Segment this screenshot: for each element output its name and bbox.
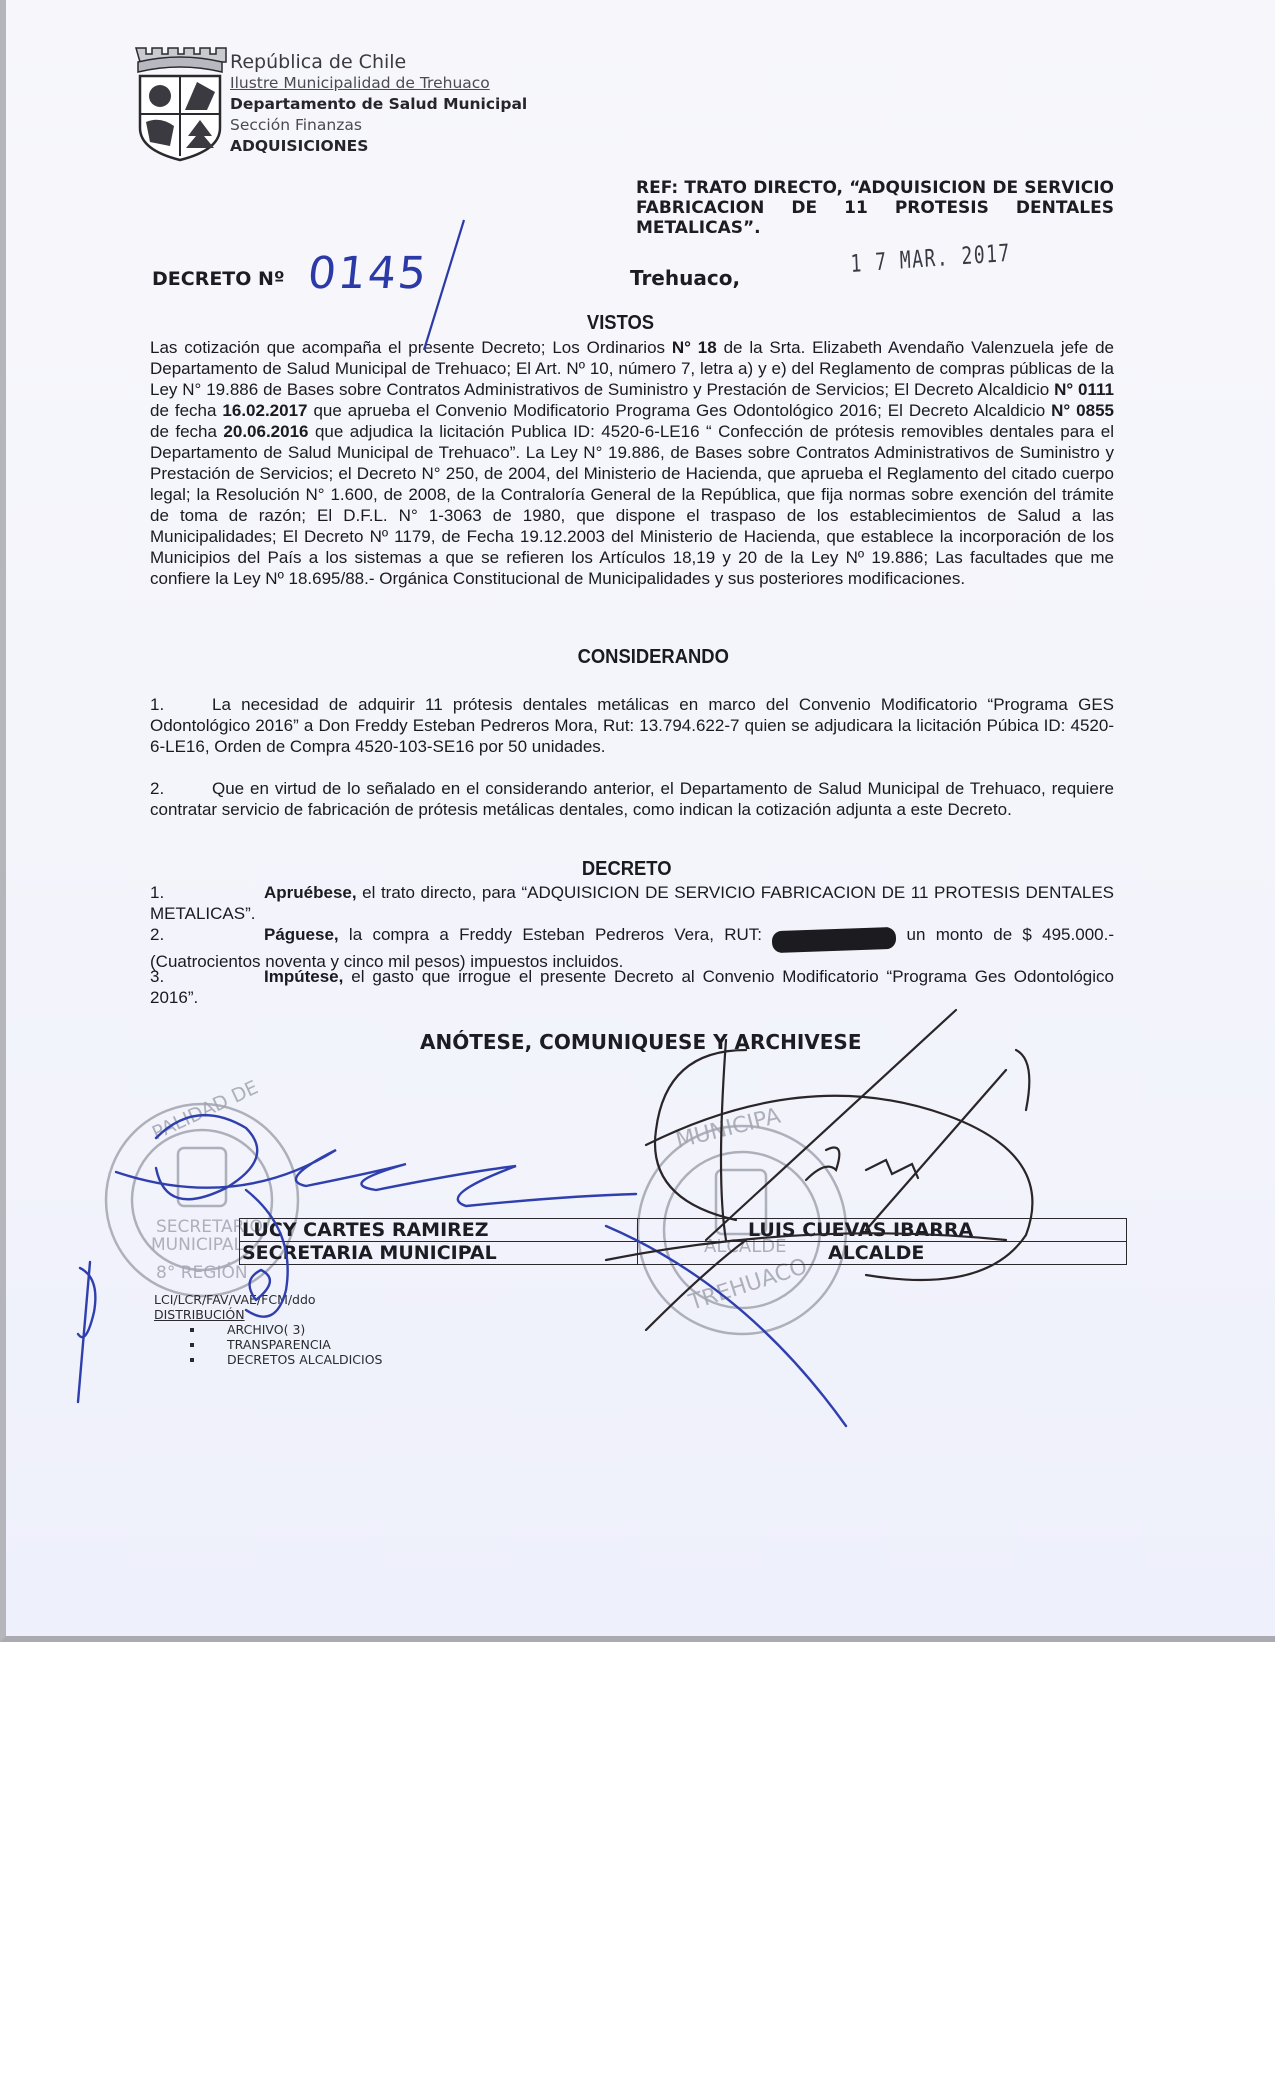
considerando-heading: CONSIDERANDO: [578, 646, 729, 669]
vistos-bold: 20.06.2016: [223, 422, 308, 441]
item-number: 1.: [150, 694, 212, 715]
secretary-title: SECRETARIA MUNICIPAL: [240, 1242, 638, 1265]
secretary-signature-icon: [78, 1115, 846, 1426]
municipal-crest-icon: [130, 38, 230, 162]
letterhead-section: Sección Finanzas: [230, 115, 527, 136]
secretary-name: LUCY CARTES RAMIREZ: [240, 1219, 638, 1242]
item-number: 2.: [150, 924, 264, 945]
closing-formula: ANÓTESE, COMUNIQUESE Y ARCHIVESE: [420, 1030, 861, 1054]
signature-table: LUCY CARTES RAMIREZ LUIS CUEVAS IBARRA S…: [239, 1218, 1127, 1265]
vistos-bold: N° 18: [672, 338, 717, 357]
decreto-item-1: 1.Apruébese, el trato directo, para “ADQ…: [150, 882, 1114, 924]
item-text: Que en virtud de lo señalado en el consi…: [150, 779, 1114, 819]
decree-number-slash-icon: [424, 220, 464, 350]
mayor-name: LUIS CUEVAS IBARRA: [638, 1219, 1127, 1242]
distribution-list: ARCHIVO( 3) TRANSPARENCIA DECRETOS ALCAL…: [154, 1322, 382, 1367]
decree-number-label: DECRETO Nº: [152, 268, 285, 290]
letterhead: República de Chile Ilustre Municipalidad…: [230, 52, 527, 157]
item-number: 2.: [150, 778, 212, 799]
distribution-label: DISTRIBUCIÓN: [154, 1307, 382, 1322]
seal-text: PALIDAD DE: [149, 1076, 262, 1144]
vistos-text: Las cotización que acompaña el presente …: [150, 338, 672, 357]
decreto-heading: DECRETO: [582, 858, 672, 881]
distribution-item: TRANSPARENCIA: [154, 1337, 382, 1352]
letterhead-unit: ADQUISICIONES: [230, 136, 527, 157]
item-number: 3.: [150, 966, 264, 987]
item-text: la compra a Freddy Esteban Pedreros Vera…: [339, 925, 773, 944]
redacted-rut: 13.794.622-7: [772, 927, 897, 953]
scanned-document-page: República de Chile Ilustre Municipalidad…: [0, 0, 1275, 1642]
item-text: La necesidad de adquirir 11 prótesis den…: [150, 695, 1114, 756]
item-verb: Apruébese,: [264, 883, 357, 902]
vistos-bold: 16.02.2017: [222, 401, 307, 420]
distribution-item: DECRETOS ALCALDICIOS: [154, 1352, 382, 1367]
letterhead-country: República de Chile: [230, 52, 527, 73]
item-verb: Páguese,: [264, 925, 339, 944]
item-number: 1.: [150, 882, 264, 903]
item-verb: Impútese,: [264, 967, 343, 986]
vistos-text: de fecha: [150, 422, 223, 441]
drafter-initials: LCI/LCR/FAV/VAE/FCM/ddo: [154, 1292, 382, 1307]
seal-text: MUNICIPAL: [151, 1235, 244, 1255]
seal-text: 8° REGIÓN: [156, 1261, 248, 1283]
seal-text: MUNICIPA: [673, 1104, 783, 1154]
vistos-paragraph: Las cotización que acompaña el presente …: [150, 337, 1114, 589]
official-seals: SECRETARIO MUNICIPAL 8° REGIÓN PALIDAD D…: [6, 0, 1275, 1642]
mayor-signature-icon: [606, 1010, 1032, 1330]
decreto-item-3: 3.Impútese, el gasto que irrogue el pres…: [150, 966, 1114, 1008]
handwritten-signatures: [6, 0, 1275, 1642]
distribution-item: ARCHIVO( 3): [154, 1322, 382, 1337]
vistos-bold: N° 0855: [1051, 401, 1114, 420]
vistos-bold: N° 0111: [1054, 380, 1114, 399]
decree-number-handwritten: 0145: [305, 248, 430, 299]
decree-place: Trehuaco,: [630, 266, 740, 290]
considerando-item-2: 2.Que en virtud de lo señalado en el con…: [150, 778, 1114, 820]
reference-subject: REF: TRATO DIRECTO, “ADQUISICION DE SERV…: [636, 178, 1114, 238]
considerando-item-1: 1.La necesidad de adquirir 11 prótesis d…: [150, 694, 1114, 757]
secretary-seal-icon: [106, 1104, 298, 1296]
footer-distribution: LCI/LCR/FAV/VAE/FCM/ddo DISTRIBUCIÓN ARC…: [154, 1292, 382, 1367]
decreto-item-2: 2.Páguese, la compra a Freddy Esteban Pe…: [150, 924, 1114, 972]
date-stamp: 1 7 MAR. 2017: [850, 239, 1011, 278]
vistos-text: que aprueba el Convenio Modificatorio Pr…: [308, 401, 1052, 420]
letterhead-department: Departamento de Salud Municipal: [230, 94, 527, 115]
vistos-text: de fecha: [150, 401, 222, 420]
mayor-title: ALCALDE: [638, 1242, 1127, 1265]
vistos-text: que adjudica la licitación Publica ID: 4…: [150, 422, 1114, 588]
letterhead-municipality: Ilustre Municipalidad de Trehuaco: [230, 73, 527, 94]
vistos-heading: VISTOS: [587, 312, 654, 335]
